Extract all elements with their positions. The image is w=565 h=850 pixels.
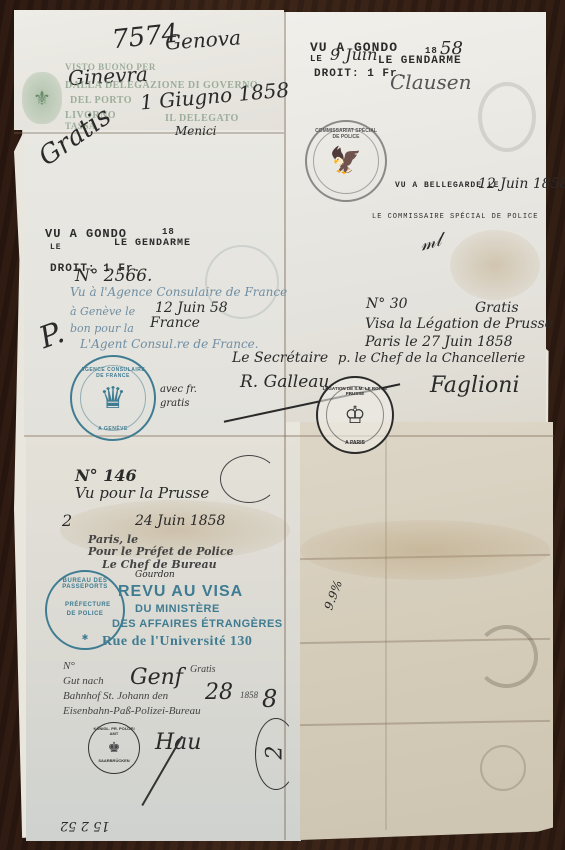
faded-seal — [475, 625, 538, 688]
german-fee: Gratis — [190, 664, 216, 675]
legation-fee: Gratis — [475, 300, 519, 316]
star-icon: ✱ — [82, 633, 89, 642]
margin-number-8: 8 — [262, 685, 277, 713]
gondo2-line2-prefix: LE — [50, 243, 62, 252]
secretary-signature: R. Galleau — [240, 372, 329, 392]
german-year: 1858 — [240, 690, 258, 700]
gondo-gendarme: LE GENDARME — [378, 55, 462, 67]
eagle-icon: ♚ — [108, 740, 121, 756]
prefecture-margin-number: 2 — [62, 511, 72, 530]
vertical-fold — [284, 12, 286, 840]
ministry-line3: DES AFFAIRES ÉTRANGÈRES — [112, 618, 283, 630]
prefecture-line1: Vu pour la Prusse — [75, 484, 209, 502]
ministry-line4: Rue de l'Université 130 — [102, 634, 252, 650]
prefecture-date: 24 Juin 1858 — [135, 513, 225, 529]
water-stain — [300, 520, 550, 580]
consular-printed-line2: à Genève le — [70, 305, 135, 318]
prefecture-number: N° 146 — [75, 466, 137, 485]
bottom-left-note: 15 2 52 — [60, 818, 110, 833]
faded-consular-seal — [205, 245, 279, 319]
commissaire-label: LE COMMISSAIRE SPÉCIAL DE POLICE — [372, 213, 538, 221]
prefecture-signature: Gourdon — [135, 570, 175, 580]
faded-seal — [478, 82, 536, 152]
legation-line1: Visa la Légation de Prusse — [365, 316, 553, 332]
consular-agency-seal: AGENCE CONSULAIRE DE FRANCE ♛ A GENÈVE — [70, 355, 156, 441]
commissariat-seal: COMMISSARIAT SPÉCIAL DE POLICE 🦅 — [305, 120, 387, 202]
circled-number: 2 — [263, 746, 288, 760]
consular-number: N° 2566. — [75, 266, 152, 286]
legation-line3: p. le Chef de la Chancellerie — [338, 351, 525, 366]
secretary-label: Le Secrétaire — [232, 350, 328, 366]
german-label-destination: Gut nach — [63, 675, 104, 687]
flourish — [220, 455, 278, 503]
consular-printed-line3: bon pour la — [70, 322, 134, 335]
crest-icon: ⚜ — [33, 86, 51, 110]
german-station-line: Bahnhof St. Johann den — [63, 690, 168, 702]
consular-fee-note: avec fr. gratis — [160, 383, 200, 411]
legation-number: N° 30 — [366, 296, 408, 312]
german-label-number: N° — [63, 660, 75, 672]
german-bureau-line: Eisenbahn-Paß-Polizei-Bureau — [63, 705, 201, 717]
german-destination: Genf — [130, 665, 183, 690]
gondo-line2-prefix: LE — [310, 54, 323, 64]
gondo2-gendarme: LE GENDARME — [114, 238, 191, 249]
prefecture-line3: Pour le Préfet de Police — [88, 545, 234, 558]
legation-signature: Faglioni — [430, 373, 520, 398]
ministry-line1: REVU AU VISA — [118, 583, 243, 601]
printed-signatory: IL DELEGATO — [165, 113, 239, 124]
german-date: 28 — [205, 680, 233, 705]
bellegarde-date: 12 Juin 1858 — [478, 176, 565, 192]
saarbrucken-police-seal: KÖNIGL. PR. POLIZEI AMT ♚ SAARBRÜCKEN — [88, 722, 140, 774]
faded-seal — [480, 745, 526, 791]
signature-delegato: Menici — [175, 124, 217, 138]
legation-line2: Paris le 27 Juin 1858 — [365, 334, 513, 350]
prussian-legation-seal: LÉGATION DE S.M. LE ROI DE PRUSSE ♔ A PA… — [316, 376, 394, 454]
gondo2-year-prefix: 18 — [162, 227, 175, 237]
consular-destination: France — [150, 315, 200, 331]
green-coat-of-arms-stamp: ⚜ — [22, 72, 62, 124]
fold-line — [385, 430, 387, 830]
consular-printed-line4: L'Agent Consul.re de France. — [80, 337, 259, 351]
gondo-signature: Clausen — [390, 70, 471, 94]
ministry-line2: DU MINISTÈRE — [135, 603, 220, 615]
gondo-date: 9 Juin — [330, 45, 377, 64]
water-stain — [450, 230, 540, 300]
